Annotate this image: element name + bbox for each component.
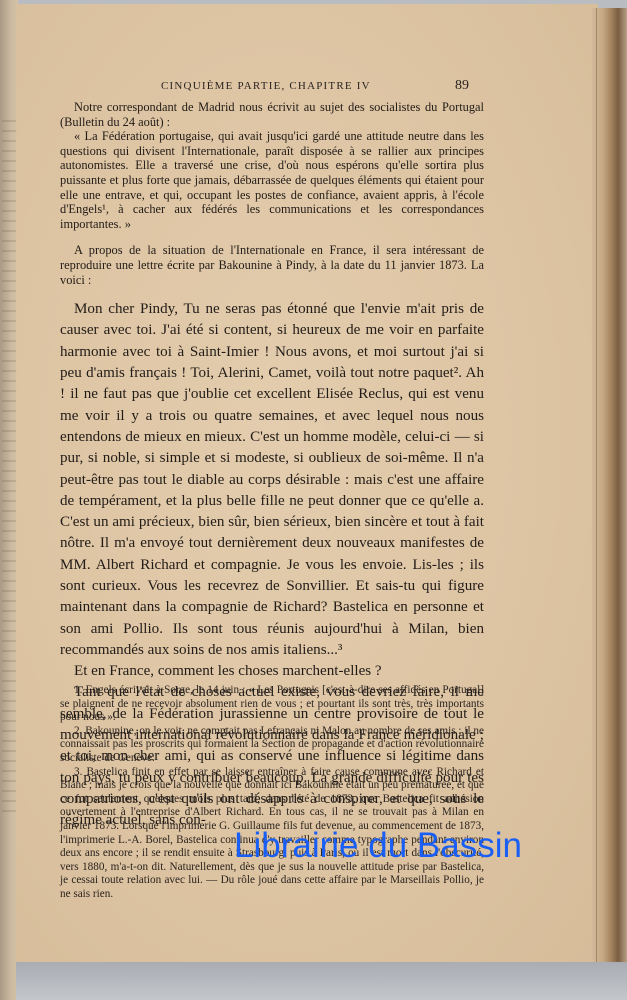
footnote-number: 3. bbox=[74, 766, 82, 778]
intro-paragraph: Notre correspondant de Madrid nous écriv… bbox=[60, 100, 484, 129]
page-stack-edge bbox=[592, 8, 627, 963]
book-page: CINQUIÈME PARTIE, CHAPITRE IV 89 Notre c… bbox=[16, 4, 598, 963]
letter-paragraph: Mon cher Pindy, Tu ne seras pas étonné q… bbox=[60, 299, 484, 661]
footnote-number: 2. bbox=[74, 725, 82, 737]
page-number: 89 bbox=[455, 78, 469, 94]
footnote-number: 1. bbox=[74, 684, 82, 696]
letter-paragraph: Et en France, comment les choses marchen… bbox=[60, 661, 484, 682]
footnote: 1. Engels écrivait à Sorge, le 14 juin :… bbox=[60, 684, 484, 725]
running-head: CINQUIÈME PARTIE, CHAPITRE IV 89 bbox=[16, 80, 598, 96]
footnote: 2. Bakounine, on le voit, ne comptait pa… bbox=[60, 725, 484, 766]
watermark: Librairie du Bassin bbox=[234, 826, 522, 866]
context-paragraph: A propos de la situation de l'Internatio… bbox=[60, 243, 484, 287]
chapter-heading: CINQUIÈME PARTIE, CHAPITRE IV bbox=[161, 80, 371, 92]
background-surface bbox=[16, 962, 627, 1000]
bleed-through-text bbox=[2, 120, 16, 820]
quote-paragraph: « La Fédération portugaise, qui avait ju… bbox=[60, 129, 484, 231]
footnote-text: Engels écrivait à Sorge, le 14 juin : « … bbox=[60, 684, 484, 723]
footnotes: 1. Engels écrivait à Sorge, le 14 juin :… bbox=[60, 684, 484, 902]
footnote-text: Bakounine, on le voit, ne comptait pas L… bbox=[60, 725, 484, 764]
